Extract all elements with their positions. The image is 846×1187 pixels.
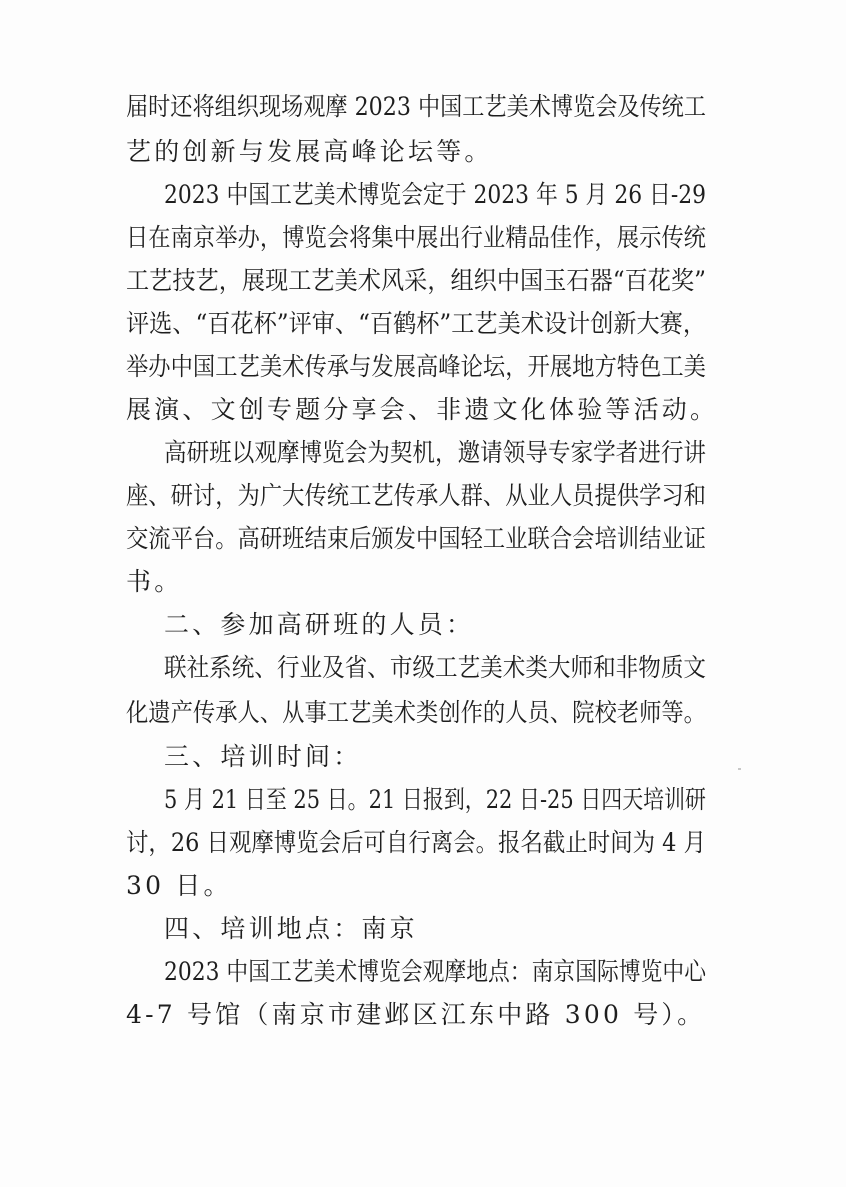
text-line: 展演、文创专题分享会、非遗文化体验等活动。 bbox=[126, 393, 706, 427]
text-line: 二、参加高研班的人员： bbox=[164, 608, 706, 642]
text-line: 2023 中国工艺美术博览会观摩地点：南京国际博览中心 bbox=[164, 955, 706, 989]
text-line: 评选、“百花杯”评审、“百鹤杯”工艺美术设计创新大赛， bbox=[126, 307, 706, 341]
scan-artifact bbox=[738, 768, 741, 770]
text-line: 举办中国工艺美术传承与发展高峰论坛，开展地方特色工美 bbox=[126, 350, 706, 384]
text-line: 讨，26 日观摩博览会后可自行离会。报名截止时间为 4 月 bbox=[126, 826, 706, 860]
text-line: 座、研讨，为广大传统工艺传承人群、从业人员提供学习和 bbox=[126, 479, 706, 513]
text-line: 化遗产传承人、从事工艺美术类创作的人员、院校老师等。 bbox=[126, 696, 706, 730]
document-page: 届时还将组织现场观摩 2023 中国工艺美术博览会及传统工艺的创新与发展高峰论坛… bbox=[0, 0, 846, 1187]
text-line: 交流平台。高研班结束后颁发中国轻工业联合会培训结业证 bbox=[126, 522, 706, 556]
text-line: 30 日。 bbox=[126, 869, 706, 903]
text-line: 四、培训地点：南京 bbox=[164, 912, 706, 946]
text-line: 联社系统、行业及省、市级工艺美术类大师和非物质文 bbox=[164, 651, 706, 685]
text-line: 5 月 21 日至 25 日。21 日报到，22 日-25 日四天培训研 bbox=[164, 783, 706, 817]
text-line: 艺的创新与发展高峰论坛等。 bbox=[126, 135, 706, 169]
text-line: 届时还将组织现场观摩 2023 中国工艺美术博览会及传统工 bbox=[126, 90, 706, 124]
text-line: 高研班以观摩博览会为契机，邀请领导专家学者进行讲 bbox=[164, 436, 706, 470]
text-line: 4-7 号馆（南京市建邺区江东中路 300 号）。 bbox=[126, 998, 706, 1032]
text-line: 书。 bbox=[126, 565, 706, 599]
text-line: 2023 中国工艺美术博览会定于 2023 年 5 月 26 日-29 bbox=[164, 178, 706, 212]
text-line: 工艺技艺，展现工艺美术风采，组织中国玉石器“百花奖” bbox=[126, 264, 706, 298]
text-line: 日在南京举办，博览会将集中展出行业精品佳作，展示传统 bbox=[126, 221, 706, 255]
text-line: 三、培训时间： bbox=[164, 740, 706, 774]
